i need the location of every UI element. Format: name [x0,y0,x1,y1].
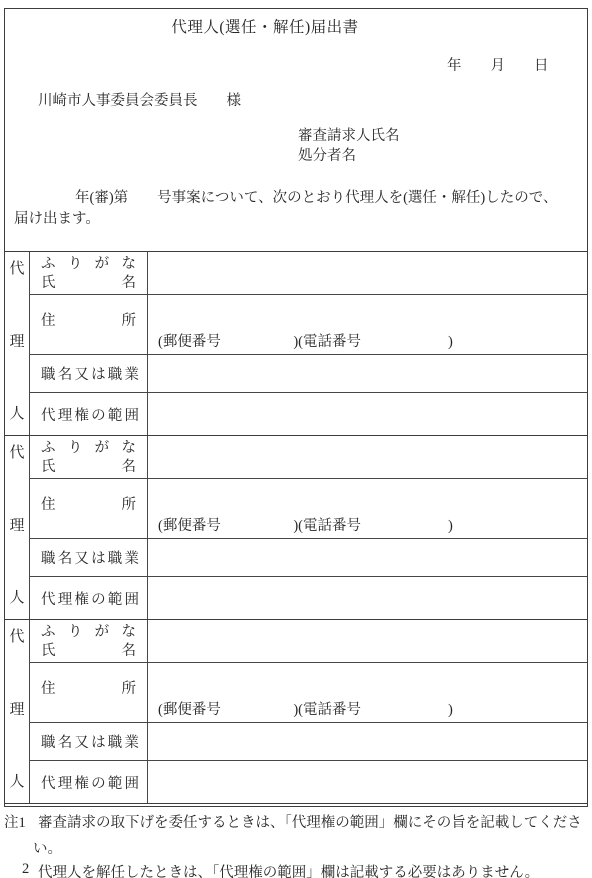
scope-value-cell [148,577,587,619]
address-value-cell: (郵便番号 )(電話番号 ) [148,295,587,355]
date-line: 年 月 日 [447,54,549,75]
postal-phone-line: (郵便番号 )(電話番号 ) [158,698,587,719]
agents-table: 代 理 人 ふ り が な 氏 名 住 所 [4,251,588,804]
address-label-cell: 住 所 [30,295,148,355]
body-line-2: 届け出ます。 [14,209,582,230]
furigana-name-label-cell: ふ り が な 氏 名 [30,252,148,295]
job-value-cell [148,723,587,761]
form-title: 代理人(選任・解任)届出書 [0,15,530,37]
note-2: 2 代理人を解任したときは、「代理権の範囲」欄は記載する必要はありません。 [22,861,539,878]
postal-phone-line: (郵便番号 )(電話番号 ) [158,330,587,351]
job-label-cell: 職名又は職業 [30,355,148,393]
side-char-nin: 人 [9,586,24,607]
note-2-prefix: 2 [22,861,38,878]
disposer-name-label: 処分者名 [298,144,356,165]
name-value-cell [148,436,587,479]
agent-block-3: 代 理 人 ふ り が な 氏 名 住 所 [5,620,587,804]
note-1-text: 審査請求の取下げを委任するときは、「代理権の範囲」欄にその旨を記載してくださ [38,811,582,832]
note-1-continuation: い。 [33,837,62,858]
side-char-dai: 代 [9,441,24,462]
job-value-cell [148,355,587,393]
document-page: 代理人(選任・解任)届出書 年 月 日 川崎市人事委員会委員長 様 審査請求人氏… [0,0,592,878]
side-char-ri: 理 [9,514,24,535]
note-1-prefix: 注1 [4,811,38,832]
body-line-1: 年(審)第 号事案について、次のとおり代理人を(選任・解任)したので、 [14,188,582,209]
name-value-cell [148,252,587,295]
name-value-cell [148,620,587,663]
job-label-cell: 職名又は職業 [30,723,148,761]
side-char-dai: 代 [9,625,24,646]
agent-block-1: 代 理 人 ふ り が な 氏 名 住 所 [5,252,587,436]
postal-phone-line: (郵便番号 )(電話番号 ) [158,514,587,535]
note-2-text: 代理人を解任したときは、「代理権の範囲」欄は記載する必要はありません。 [38,861,539,878]
agent-block-2: 代 理 人 ふ り が な 氏 名 住 所 [5,436,587,620]
scope-label-cell: 代理権の範囲 [30,577,148,619]
address-value-cell: (郵便番号 )(電話番号 ) [148,479,587,539]
scope-value-cell [148,393,587,435]
note-1: 注1 審査請求の取下げを委任するときは、「代理権の範囲」欄にその旨を記載してくだ… [4,811,588,832]
agent-side-label: 代 理 人 [5,252,30,435]
scope-value-cell [148,761,587,803]
side-char-nin: 人 [9,402,24,423]
furigana-name-label-cell: ふ り が な 氏 名 [30,436,148,479]
scope-label-cell: 代理権の範囲 [30,393,148,435]
address-label-cell: 住 所 [30,479,148,539]
furigana-name-label-cell: ふ り が な 氏 名 [30,620,148,663]
address-label-cell: 住 所 [30,663,148,723]
agent-side-label: 代 理 人 [5,436,30,619]
side-char-dai: 代 [9,257,24,278]
agent-side-label: 代 理 人 [5,620,30,803]
side-char-ri: 理 [9,698,24,719]
job-label-cell: 職名又は職業 [30,539,148,577]
address-value-cell: (郵便番号 )(電話番号 ) [148,663,587,723]
job-value-cell [148,539,587,577]
addressee-line: 川崎市人事委員会委員長 様 [38,89,241,110]
side-char-ri: 理 [9,330,24,351]
scope-label-cell: 代理権の範囲 [30,761,148,803]
body-paragraph: 年(審)第 号事案について、次のとおり代理人を(選任・解任)したので、 届け出ま… [14,188,582,230]
side-char-nin: 人 [9,770,24,791]
requester-name-label: 審査請求人氏名 [298,124,400,145]
